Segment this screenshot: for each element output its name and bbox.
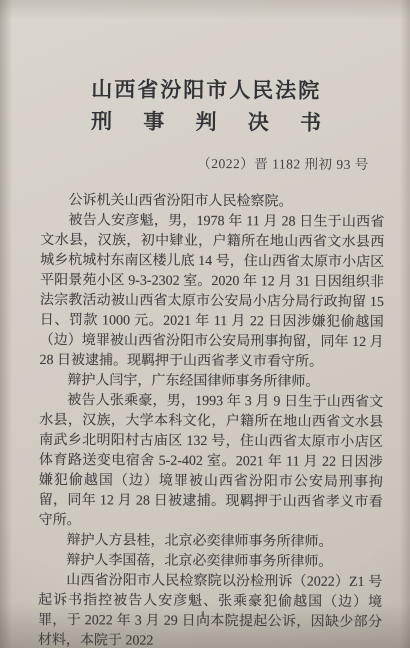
page-number: 1 (0, 607, 408, 625)
court-name: 山西省汾阳市人民法院 (1, 73, 410, 106)
paragraph-defendant-1: 被告人安彦魁，男，1978 年 11 月 28 日生于山西省文水县，汉族，初中肄… (40, 211, 385, 373)
paragraph-defender-1: 辩护人闫宇，广东经国律师事务所律师。 (39, 371, 383, 393)
judgment-body: 公诉机关山西省汾阳市人民检察院。 被告人安彦魁，男，1978 年 11 月 28… (38, 191, 385, 648)
paragraph-defender-2: 辩护人方县桂，北京必奕律师事务所律师。 (38, 531, 382, 553)
judgment-page: 山西省汾阳市人民法院 刑 事 判 决 书 （2022）晋 1182 刑初 93 … (0, 0, 410, 648)
paragraph-defendant-2: 被告人张乘豪，男，1993 年 3 月 9 日生于山西省文水县，汉族，大学本科文… (39, 391, 384, 533)
case-number: （2022）晋 1182 刑初 93 号 (1, 151, 369, 173)
document-photo: 山西省汾阳市人民法院 刑 事 判 决 书 （2022）晋 1182 刑初 93 … (0, 0, 410, 648)
document-title: 刑 事 判 决 书 (1, 105, 410, 138)
paragraph-defender-3: 辩护人李国蓓，北京必奕律师事务所律师。 (38, 551, 382, 573)
paragraph-prosecution-organ: 公诉机关山西省汾阳市人民检察院。 (40, 191, 384, 213)
